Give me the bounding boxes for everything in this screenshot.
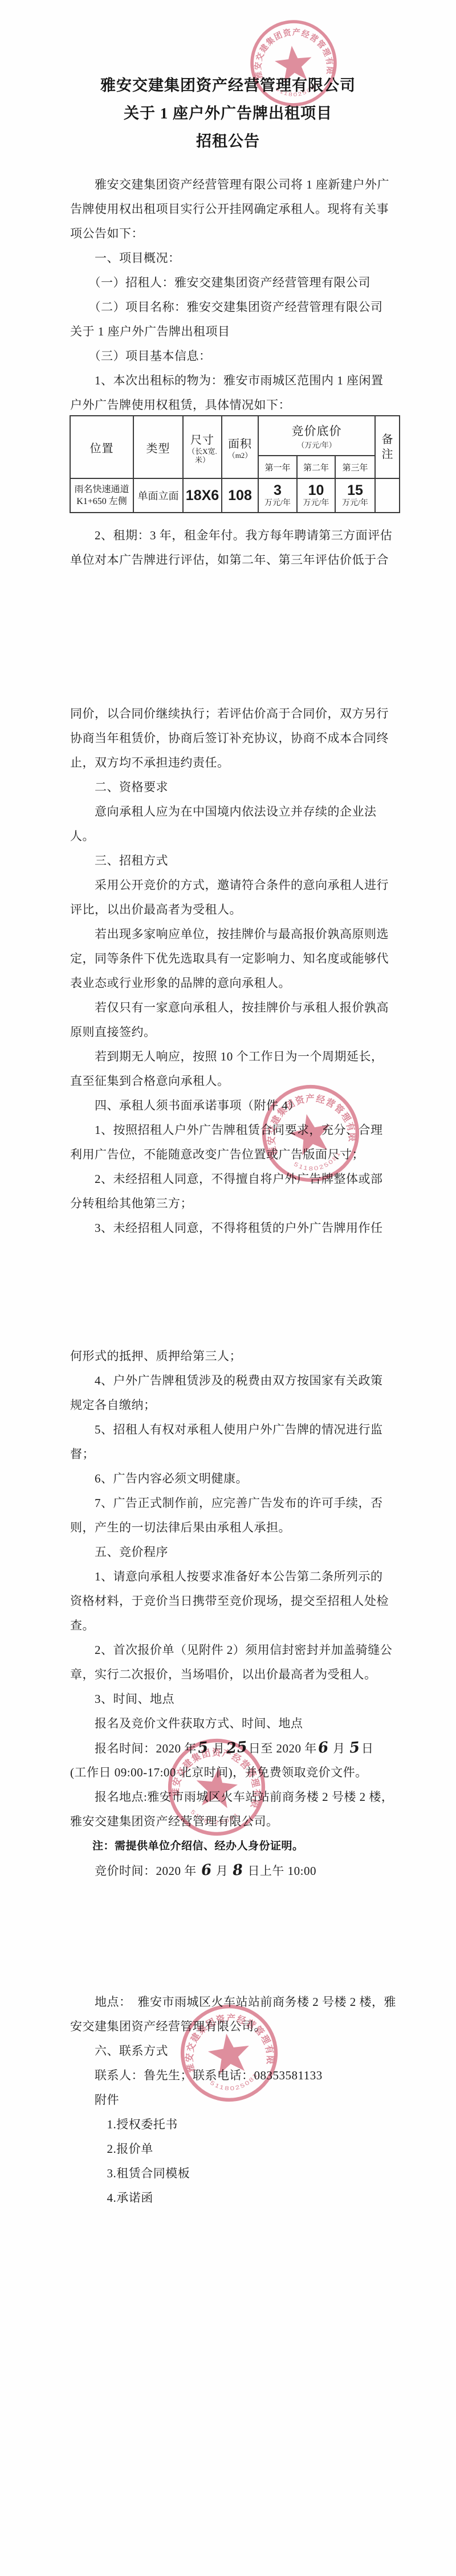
text-line: 人。 (70, 824, 400, 849)
col-header-year1: 第一年 (258, 456, 297, 478)
text-line: （三）项目基本信息： (70, 344, 400, 368)
price-year1-unit: 万元/年 (259, 498, 296, 509)
text-line: 规定各自缴纳； (70, 1393, 400, 1418)
body-page3-bottom: 地点： 雅安市雨城区火车站站前商务楼 2 号楼 2 楼，雅安交建集团资产经营管理… (70, 1990, 400, 2210)
cell-location: 雨名快速通道 K1+650 左侧 (70, 478, 133, 513)
text-line: 雅安交建集团资产经营管理有限公司。 (70, 1809, 400, 1834)
text-line: 7、广告正式制作前，应完善广告发布的许可手续，否 (70, 1491, 400, 1516)
col-header-location: 位置 (70, 416, 133, 478)
cell-note-value (375, 478, 400, 513)
text-line: 6、广告内容必须文明健康。 (70, 1467, 400, 1491)
text-line: 报名及竞价文件获取方式、时间、地点 (70, 1711, 400, 1736)
col-header-year3: 第三年 (335, 456, 375, 478)
text-line: 报名时间：2020 年5 月25日至 2020 年6 月 5日 (70, 1736, 400, 1760)
text-line: 督； (70, 1442, 400, 1467)
cell-price-year3: 15 万元/年 (335, 478, 375, 513)
handwritten-number: 6 (199, 1858, 214, 1883)
text-line: 注：需提供单位介绍信、经办人身份证明。 (70, 1834, 400, 1858)
text-line: 分转租给其他第三方； (70, 1191, 400, 1216)
text-line: 直至征集到合格意向承租人。 (70, 1069, 400, 1094)
text-line: 一、项目概况： (70, 246, 400, 271)
text-line: 雅安交建集团资产经营管理有限公司将 1 座新建户外广 (70, 173, 400, 197)
title-line-1: 雅安交建集团资产经营管理有限公司 (0, 72, 456, 100)
body-page2: 同价，以合同价继续执行；若评估价高于合同价，双方另行协商当年租赁价，协商后签订补… (70, 702, 400, 1240)
col-header-type: 类型 (133, 416, 183, 478)
text-line: 地点： 雅安市雨城区火车站站前商务楼 2 号楼 2 楼，雅 (70, 1990, 400, 2014)
text-line: 告牌使用权出租项目实行公开挂网确定承租人。现将有关事 (70, 197, 400, 222)
text-line: 三、招租方式 (70, 849, 400, 873)
text-line: 评比，以出价最高者为受租人。 (70, 898, 400, 922)
text-line: 止，双方均不承担违约责任。 (70, 751, 400, 775)
col-header-size-sub: （长X宽. 米） (184, 447, 221, 464)
text-line: 5、招租人有权对承租人使用户外广告牌的情况进行监 (70, 1418, 400, 1442)
text-line: 若到期无人响应，按照 10 个工作日为一个周期延长， (70, 1045, 400, 1069)
cell-price-year2: 10 万元/年 (297, 478, 335, 513)
text-line: 报名地点:雅安市雨城区火车站站前商务楼 2 号楼 2 楼， (70, 1785, 400, 1809)
handwritten-number: 25 (224, 1735, 250, 1761)
table-row: 雨名快速通道 K1+650 左侧 单面立面 18X6 108 3 万元/年 10… (70, 478, 400, 513)
handwritten-number: 5 (196, 1735, 210, 1761)
text-line: 采用公开竞价的方式，邀请符合条件的意向承租人进行 (70, 873, 400, 898)
text-line: 资格材料，于竞价当日携带至竞价现场，提交至招租人处检 (70, 1589, 400, 1613)
text-line: 章，实行二次报价，当场唱价，以出价最高者为受租人。 (70, 1662, 400, 1687)
text-line: 关于 1 座户外广告牌出租项目 (70, 320, 400, 344)
col-header-area: 面积 （m2） (222, 416, 258, 478)
text-line: 安交建集团资产经营管理有限公司。 (70, 2014, 400, 2039)
text-line: （二）项目名称：雅安交建集团资产经营管理有限公司 (70, 295, 400, 320)
price-year2-unit: 万元/年 (298, 498, 335, 509)
text-line: （一）招租人：雅安交建集团资产经营管理有限公司 (70, 271, 400, 295)
text-line: 意向承租人应为在中国境内依法设立并存续的企业法 (70, 800, 400, 824)
handwritten-number: 6 (316, 1735, 331, 1761)
text-line: 2、首次报价单（见附件 2）须用信封密封并加盖骑缝公 (70, 1638, 400, 1662)
text-line: 2.报价单 (70, 2137, 400, 2161)
handwritten-number: 8 (230, 1858, 245, 1883)
text-line: 4、户外广告牌租赁涉及的税费由双方按国家有关政策 (70, 1369, 400, 1393)
col-header-price: 竞价底价 （万元/年） (258, 416, 375, 456)
text-line: 利用广告位，不能随意改变广告位置或广告版面尺寸； (70, 1142, 400, 1167)
col-header-area-main: 面积 (222, 435, 258, 451)
text-line: 4.承诺函 (70, 2186, 400, 2210)
text-line: 附件 (70, 2088, 400, 2112)
title-line-2: 关于 1 座户外广告牌出租项目 (0, 100, 456, 128)
text-line: 则，产生的一切法律后果由承租人承担。 (70, 1516, 400, 1540)
text-line: 五、竞价程序 (70, 1540, 400, 1565)
cell-size: 18X6 (183, 478, 222, 513)
text-line: 3.租赁合同模板 (70, 2161, 400, 2186)
text-line: 若仅只有一家意向承租人，按挂牌价与承租人报价孰高 (70, 996, 400, 1020)
col-header-size: 尺寸 （长X宽. 米） (183, 416, 222, 478)
text-line: 竞价时间：2020 年 6 月 8 日上午 10:00 (70, 1858, 400, 1883)
text-line: (工作日 09:00-17:00 北京时间)，并免费领取竞价文件。 (70, 1760, 400, 1785)
cell-area: 108 (222, 478, 258, 513)
price-year2-value: 10 (298, 482, 335, 498)
text-line: 1、本次出租标的物为：雅安市雨城区范围内 1 座闲置 (70, 368, 400, 393)
price-year1-value: 3 (259, 482, 296, 498)
handwritten-number: 5 (348, 1735, 363, 1761)
text-line: 1、按照招租人户外广告牌租赁合同要求，充分、合理 (70, 1118, 400, 1142)
text-line: 3、未经招租人同意，不得将租赁的户外广告牌用作任 (70, 1216, 400, 1240)
text-line: 项公告如下： (70, 222, 400, 246)
text-line: 何形式的抵押、质押给第三人； (70, 1344, 400, 1369)
cell-price-year1: 3 万元/年 (258, 478, 297, 513)
text-line: 六、联系方式 (70, 2039, 400, 2063)
text-line: 2、未经招租人同意，不得擅自将户外广告牌整体或部 (70, 1167, 400, 1191)
body-page1-after-table: 2、租期：3 年，租金年付。我方每年聘请第三方面评估单位对本广告牌进行评估，如第… (70, 523, 400, 572)
text-line: 查。 (70, 1613, 400, 1638)
text-line: 协商当年租赁价，协商后签订补充协议，协商不成本合同终 (70, 726, 400, 751)
col-header-area-sub: （m2） (222, 451, 258, 460)
price-year3-value: 15 (336, 482, 374, 498)
text-line: 二、资格要求 (70, 775, 400, 800)
document-title: 雅安交建集团资产经营管理有限公司 关于 1 座户外广告牌出租项目 招租公告 (0, 72, 456, 155)
text-line: 户外广告牌使用权租赁，具体情况如下： (70, 393, 400, 417)
col-header-size-main: 尺寸 (184, 431, 221, 447)
text-line: 四、承租人须书面承诺事项（附件 4） (70, 1094, 400, 1118)
col-header-year2: 第二年 (297, 456, 335, 478)
text-line: 2、租期：3 年，租金年付。我方每年聘请第三方面评估 (70, 523, 400, 548)
col-header-note: 备 注 (375, 416, 400, 478)
title-line-3: 招租公告 (0, 128, 456, 155)
col-header-price-main: 竞价底价 (259, 422, 374, 439)
col-header-price-sub: （万元/年） (259, 439, 374, 450)
body-page3: 何形式的抵押、质押给第三人； 4、户外广告牌租赁涉及的税费由双方按国家有关政策规… (70, 1344, 400, 1883)
body-page1: 雅安交建集团资产经营管理有限公司将 1 座新建户外广告牌使用权出租项目实行公开挂… (70, 173, 400, 417)
text-line: 原则直接签约。 (70, 1020, 400, 1045)
document-page: 雅安交建集团资产经营管理有限公司 关于 1 座户外广告牌出租项目 招租公告 雅安… (0, 0, 456, 2576)
text-line: 1、请意向承租人按要求准备好本公告第二条所列示的 (70, 1565, 400, 1589)
text-line: 表业态或行业形象的品牌的意向承租人。 (70, 971, 400, 996)
text-line: 若出现多家响应单位，按挂牌价与最高报价孰高原则选 (70, 922, 400, 947)
text-line: 定，同等条件下优先选取具有一定影响力、知名度或能够代 (70, 947, 400, 971)
billboard-info-table: 位置 类型 尺寸 （长X宽. 米） 面积 （m2） 竞价底价 （万元/年） 备 … (70, 415, 400, 513)
text-line: 单位对本广告牌进行评估，如第二年、第三年评估价低于合 (70, 548, 400, 572)
text-line: 联系人：鲁先生；联系电话：08353581133 (70, 2063, 400, 2088)
text-line: 同价，以合同价继续执行；若评估价高于合同价，双方另行 (70, 702, 400, 726)
price-year3-unit: 万元/年 (336, 498, 374, 509)
text-line: 3、时间、地点 (70, 1687, 400, 1711)
cell-type: 单面立面 (133, 478, 183, 513)
text-line: 1.授权委托书 (70, 2112, 400, 2137)
